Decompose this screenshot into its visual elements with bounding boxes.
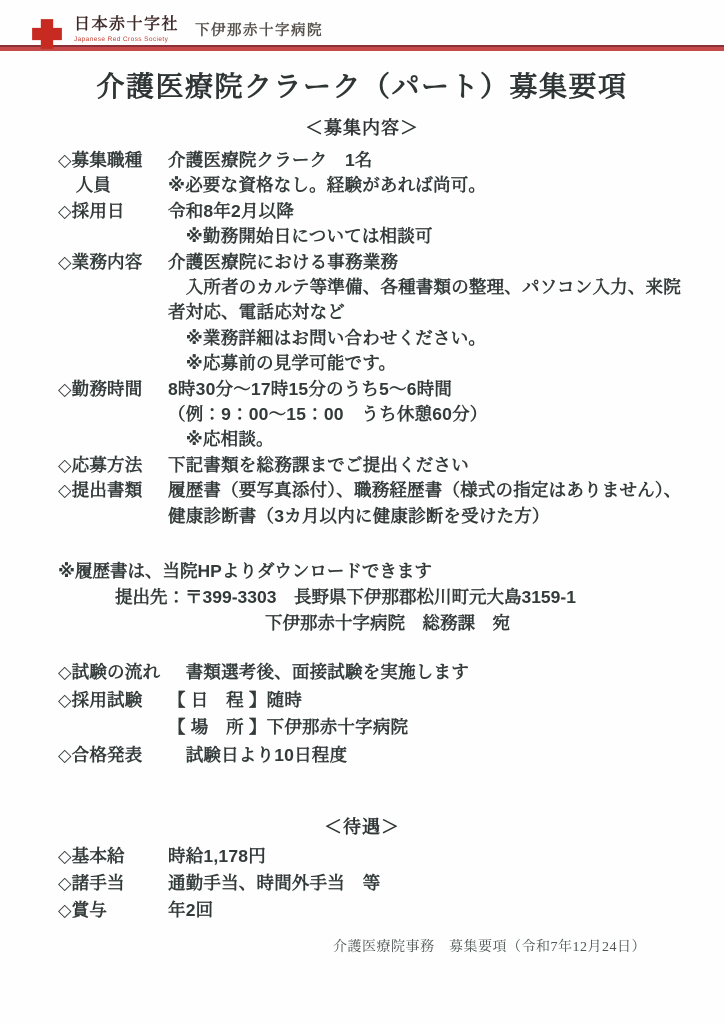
row-work-hours-note: ※応相談。 — [58, 427, 724, 452]
row-label — [58, 224, 168, 249]
org-name-block: 日本赤十字社 Japanese Red Cross Society — [74, 15, 179, 43]
row-exam-flow: ◇試験の流れ 書類選考後、面接試験を実施します — [58, 659, 724, 687]
row-label: ◇勤務時間 — [58, 377, 168, 402]
row-label — [58, 300, 168, 325]
row-value: ※必要な資格なし。経験があれば尚可。 — [168, 173, 486, 198]
row-duties-detail-2: 者対応、電話応対など — [58, 300, 724, 325]
row-base-pay: ◇基本給時給1,178円 — [58, 843, 724, 870]
row-value: 時給1,178円 — [168, 843, 266, 870]
row-value: ※業務詳細はお問い合わせください。 — [168, 326, 486, 351]
exam-section: ◇試験の流れ 書類選考後、面接試験を実施します ◇採用試験【 日 程 】随時 【… — [0, 659, 724, 769]
row-headcount: 人員※必要な資格なし。経験があれば尚可。 — [58, 173, 724, 198]
row-value: 通勤手当、時間外手当 等 — [168, 870, 380, 897]
row-value: 令和8年2月以降 — [168, 199, 294, 224]
footer-note: 介護医療院事務 募集要項（令和7年12月24日） — [0, 936, 724, 956]
row-value: 履歴書（要写真添付）、職務経歴書（様式の指定はありません）、 — [168, 478, 682, 503]
row-value: 年2回 — [168, 897, 213, 924]
row-hire-date-note: ※勤務開始日については相談可 — [58, 224, 724, 249]
section-heading-treatment: ＜待遇＞ — [0, 815, 724, 840]
row-bonus: ◇賞与年2回 — [58, 897, 724, 924]
row-label: ◇採用日 — [58, 199, 168, 224]
document-page: 日本赤十字社 Japanese Red Cross Society 下伊那赤十字… — [0, 0, 724, 1024]
row-value: （例：9：00～15：00 うち休憩60分） — [168, 402, 488, 427]
row-label: ◇応募方法 — [58, 453, 168, 478]
row-hire-date: ◇採用日令和8年2月以降 — [58, 199, 724, 224]
org-name-en: Japanese Red Cross Society — [74, 36, 179, 43]
row-work-hours: ◇勤務時間8時30分～17時15分のうち5～6時間 — [58, 377, 724, 402]
row-documents: ◇提出書類履歴書（要写真添付）、職務経歴書（様式の指定はありません）、 — [58, 478, 724, 503]
note-submit-address: 提出先：〒399-3303 長野県下伊那郡松川町元大島3159-1 — [58, 584, 724, 610]
row-value: 8時30分～17時15分のうち5～6時間 — [168, 377, 452, 402]
row-label — [58, 351, 168, 376]
red-cross-icon — [28, 15, 66, 53]
row-label — [58, 714, 168, 742]
row-exam-date: ◇採用試験【 日 程 】随時 — [58, 687, 724, 715]
row-label: ◇募集職種 — [58, 148, 168, 173]
row-value: 【 場 所 】下伊那赤十字病院 — [168, 714, 408, 742]
row-label: ◇賞与 — [58, 897, 168, 924]
row-duties-detail-1: 入所者のカルテ等準備、各種書類の整理、パソコン入力、来院 — [58, 275, 724, 300]
letterhead: 日本赤十字社 Japanese Red Cross Society 下伊那赤十字… — [0, 0, 724, 45]
row-duties: ◇業務内容介護医療院における事務業務 — [58, 250, 724, 275]
row-label: 人員 — [58, 173, 168, 198]
treatment-section: ◇基本給時給1,178円 ◇諸手当通勤手当、時間外手当 等 ◇賞与年2回 — [0, 843, 724, 924]
row-value: 介護医療院クラーク 1名 — [168, 148, 373, 173]
row-value: ※応相談。 — [168, 427, 274, 452]
row-duties-note-2: ※応募前の見学可能です。 — [58, 351, 724, 376]
row-value: ※勤務開始日については相談可 — [168, 224, 433, 249]
row-value: 【 日 程 】随時 — [168, 687, 302, 715]
row-label: ◇採用試験 — [58, 687, 168, 715]
row-label: ◇提出書類 — [58, 478, 168, 503]
row-value: 健康診断書（3カ月以内に健康診断を受けた方） — [168, 504, 550, 529]
row-label: ◇試験の流れ — [58, 659, 168, 687]
header-divider — [0, 45, 724, 51]
page-title: 介護医療院クラーク（パート）募集要項 — [0, 67, 724, 106]
row-label: ◇合格発表 — [58, 742, 168, 770]
row-label — [58, 275, 168, 300]
row-recruit-type: ◇募集職種介護医療院クラーク 1名 — [58, 148, 724, 173]
row-allowances: ◇諸手当通勤手当、時間外手当 等 — [58, 870, 724, 897]
row-label: ◇基本給 — [58, 843, 168, 870]
row-value: 者対応、電話応対など — [168, 300, 345, 325]
row-value: ※応募前の見学可能です。 — [168, 351, 396, 376]
section-heading-recruit: ＜募集内容＞ — [0, 116, 724, 141]
note-submit-recipient: 下伊那赤十字病院 総務課 宛 — [58, 610, 724, 636]
row-value: 介護医療院における事務業務 — [168, 250, 398, 275]
org-name: 日本赤十字社 — [74, 15, 179, 35]
row-value: 入所者のカルテ等準備、各種書類の整理、パソコン入力、来院 — [168, 275, 681, 300]
note-resume-download: ※履歴書は、当院HPよりダウンロードできます — [58, 558, 724, 584]
row-value: 下記書類を総務課までご提出ください — [168, 453, 469, 478]
row-label — [58, 402, 168, 427]
row-apply-method: ◇応募方法下記書類を総務課までご提出ください — [58, 453, 724, 478]
row-label — [58, 326, 168, 351]
row-documents-cont: 健康診断書（3カ月以内に健康診断を受けた方） — [58, 504, 724, 529]
row-exam-place: 【 場 所 】下伊那赤十字病院 — [58, 714, 724, 742]
row-result-announcement: ◇合格発表 試験日より10日程度 — [58, 742, 724, 770]
hospital-name: 下伊那赤十字病院 — [195, 19, 323, 40]
recruit-section: ◇募集職種介護医療院クラーク 1名 人員※必要な資格なし。経験があれば尚可。 ◇… — [0, 148, 724, 529]
row-work-hours-example: （例：9：00～15：00 うち休憩60分） — [58, 402, 724, 427]
row-label: ◇諸手当 — [58, 870, 168, 897]
row-value: 試験日より10日程度 — [168, 742, 347, 770]
row-label — [58, 427, 168, 452]
row-label: ◇業務内容 — [58, 250, 168, 275]
row-label — [58, 504, 168, 529]
row-duties-note-1: ※業務詳細はお問い合わせください。 — [58, 326, 724, 351]
row-value: 書類選考後、面接試験を実施します — [168, 659, 469, 687]
notes-section: ※履歴書は、当院HPよりダウンロードできます 提出先：〒399-3303 長野県… — [0, 558, 724, 636]
